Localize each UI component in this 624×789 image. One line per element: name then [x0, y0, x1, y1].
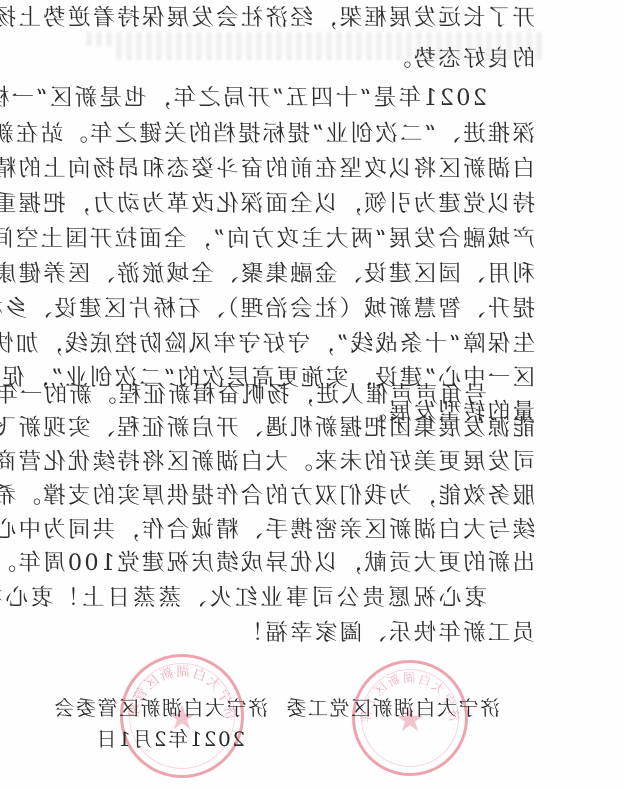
body-line: 深推进、“二次创业”提标提档的关键之年。站在新起点，大 [83, 120, 535, 148]
signature-party-committee: 济宁大白湖新区党工委 [285, 696, 500, 720]
body-line: 利用、园区建设、金融集聚、全域旅游、医养健康、城市品质 [83, 260, 535, 288]
body-line: 服务效能，为我们双方的合作提供厚实的支撑。希望贵公司继 [83, 482, 535, 510]
paragraph-start: 号角声声催人进，扬帆奋楫新征程。新的一年，祝愿济宁 [83, 381, 535, 409]
paragraph-start: 2021年是“十四五”开局之年，也是新区“一核引领”纵 [83, 84, 535, 112]
body-line: 产城融合发展“两大主攻方向”，全面拉开国土空间资源统筹 [83, 225, 535, 253]
body-line: 开了长远发展框架，经济社会发展保持着逆势上扬、提质增效 [83, 4, 535, 32]
signature-date: 2021年2月1日 [95, 727, 245, 751]
body-line: 出新的更大贡献，以优异成绩庆祝建党100周年。 [83, 549, 535, 577]
body-line: 提升、智慧新城（社会治理）、石桥片区建设、乡村振兴、民 [83, 295, 535, 323]
signature-management-committee: 济宁大白湖新区管委会 [53, 696, 268, 720]
body-line: 的良好态势。 [83, 45, 535, 73]
letter-page: 开了长远发展框架，经济社会发展保持着逆势上扬、提质增效 的良好态势。 2021年… [0, 0, 624, 789]
body-line: 司发展更美好的未来。大白湖新区将持续优化营商环境，提升 [83, 448, 535, 476]
body-line: 能源发展集团把握新机遇、开启新征程、实现新飞跃，开创公 [83, 414, 535, 442]
body-line: 持以党建为引领，以全面深化改革为动力，把握重点项目建设、 [83, 190, 535, 218]
paragraph-start: 衷心祝愿贵公司事业红火、蒸蒸日上！衷心祝愿公司全体 [71, 584, 535, 612]
body-line: 白湖新区将以攻坚在前的奋斗姿态和昂扬向上的精神状态，坚 [83, 155, 535, 183]
scan-bleed-artifact [82, 32, 542, 46]
body-line: 生保障“十条战线”，守好守牢风险防控底线，加快推进“三 [83, 330, 535, 358]
body-line: 员工新年快乐、阖家幸福！ [83, 619, 535, 647]
body-line: 续与大白湖新区亲密携手、精诚合作，共同为中心城区建设做 [83, 516, 535, 544]
